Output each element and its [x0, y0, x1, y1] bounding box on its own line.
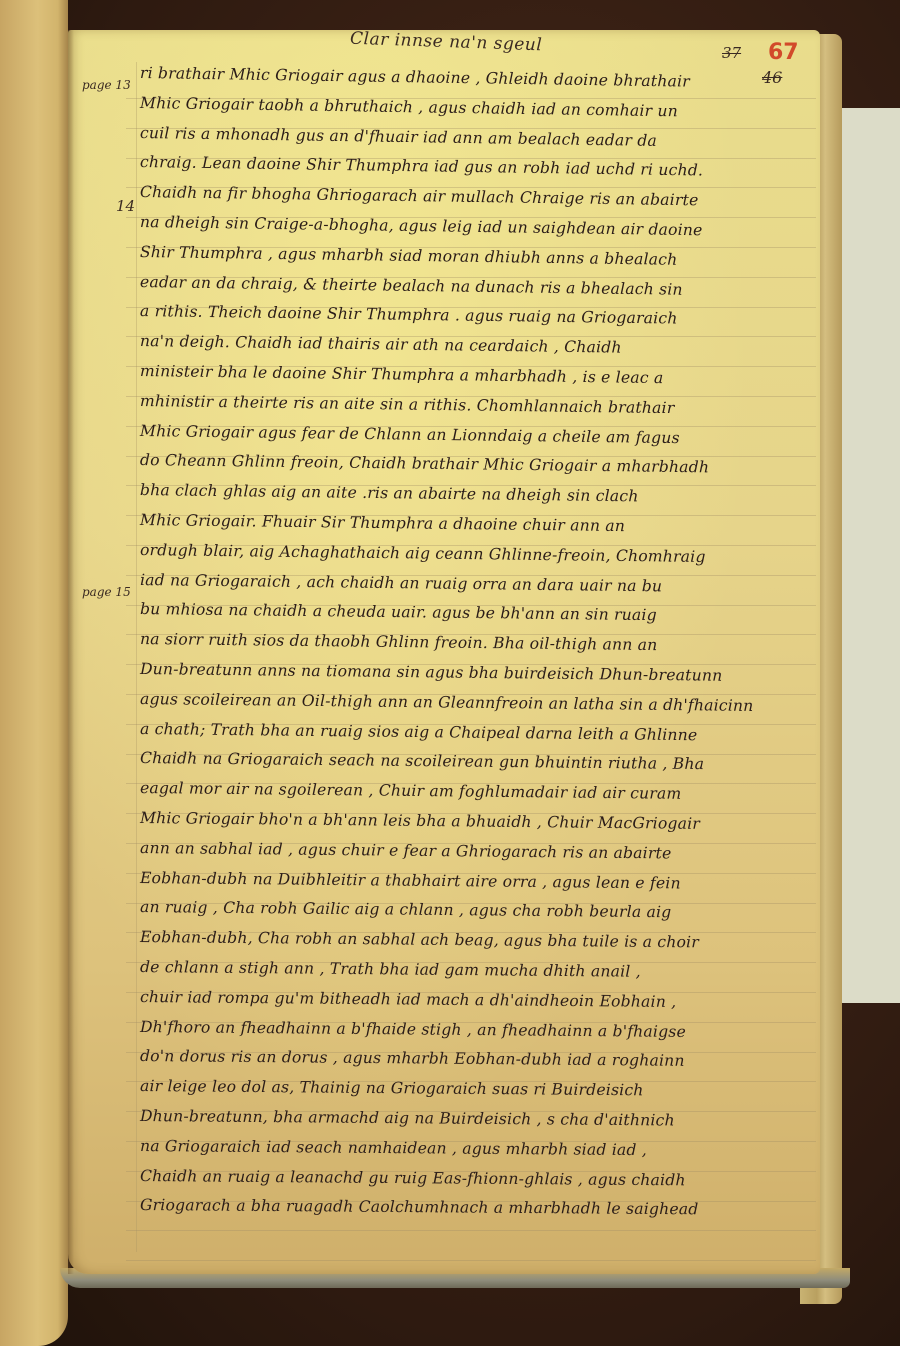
margin-note: page 15 — [82, 585, 131, 599]
background-white-paper — [838, 108, 900, 1003]
text-line: na Griogaraich iad seach namhaidean , ag… — [140, 1137, 647, 1159]
page-number-struck-top: 37 — [722, 44, 741, 62]
margin-rule — [136, 62, 137, 1252]
page-gutter-shadow — [68, 30, 74, 1274]
page-number-struck-bottom: 46 — [762, 68, 782, 87]
margin-note: page 13 — [82, 78, 131, 92]
page-number-red: 67 — [768, 40, 799, 65]
margin-note: 14 — [116, 197, 135, 215]
ruled-line — [126, 1260, 816, 1261]
ruled-line — [126, 1230, 816, 1231]
facing-page-left — [0, 0, 68, 1346]
text-line: Chaidh an ruaig a leanachd gu ruig Eas-f… — [140, 1167, 686, 1189]
